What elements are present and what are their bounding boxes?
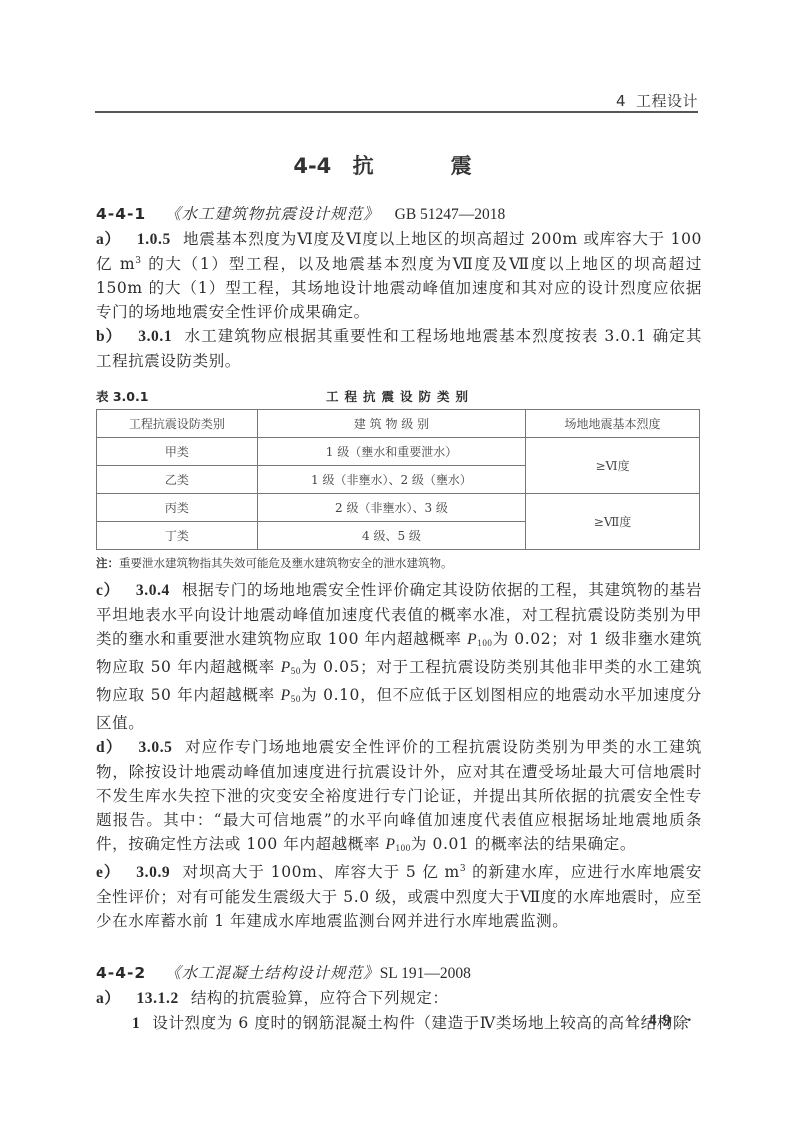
standard-number: GB 51247—2018 (395, 206, 506, 223)
table-caption: 表 3.0.1 工程抗震设防类别 (96, 383, 702, 409)
cell-category: 丁类 (97, 522, 258, 550)
item-text-cont: 的大（1）型工程，以及地震基本烈度为Ⅶ度及Ⅶ度以上地区的坝高超过 150m 的大… (96, 255, 702, 321)
p-symbol: P (281, 659, 291, 676)
header-intensity: 场地地震基本烈度 (526, 410, 700, 438)
body-content: 4-4-1 《水工建筑物抗震设计规范》 GB 51247—2018 a）1.0.… (96, 202, 702, 1036)
p-symbol: P (281, 687, 291, 704)
item-label: a） (96, 990, 120, 1007)
spacer (96, 933, 702, 961)
note-label: 注： (96, 556, 119, 570)
p-subscript: 50 (291, 666, 301, 676)
cell-category: 甲类 (97, 438, 258, 466)
cell-category: 丙类 (97, 494, 258, 522)
item-text: 对坝高大于 100m、库容大于 5 亿 m (182, 863, 460, 881)
running-head: 4工程设计 (616, 90, 698, 111)
item-text: 水工建筑物应根据其重要性和工程场地地震基本烈度按表 3.0.1 确定其工程抗震设… (96, 327, 702, 370)
standard-title: 《水工混凝土结构设计规范》 (165, 964, 380, 982)
cell-grade: 1 级（非壅水）、2 级（壅水） (257, 466, 525, 494)
item-b-3-0-1: b）3.0.1水工建筑物应根据其重要性和工程场地地震基本烈度按表 3.0.1 确… (96, 324, 702, 373)
item-text: 结构的抗震验算，应符合下列规定： (191, 989, 449, 1007)
probability-symbol: P100 (385, 836, 410, 853)
item-label: a） (96, 231, 121, 248)
item-label: e） (96, 864, 120, 881)
table-note: 注：重要泄水建筑物指其失效可能危及壅水建筑物安全的泄水建筑物。 (96, 554, 702, 572)
clause-heading-4-4-2: 4-4-2 《水工混凝土结构设计规范》SL 191—2008 (96, 961, 702, 986)
item-e-3-0-9: e）3.0.9对坝高大于 100m、库容大于 5 亿 m3 的新建水库，应进行水… (96, 860, 702, 933)
p-symbol: P (385, 836, 395, 853)
note-text: 重要泄水建筑物指其失效可能危及壅水建筑物安全的泄水建筑物。 (119, 556, 453, 570)
cell-intensity: ≥Ⅵ度 (526, 438, 700, 494)
header-category: 工程抗震设防类别 (97, 410, 258, 438)
article-number: 13.1.2 (136, 990, 178, 1007)
item-d-3-0-5: d）3.0.5对应作专门场地地震安全性评价的工程抗震设防类别为甲类的水工建筑物，… (96, 735, 702, 860)
article-number: 1.0.5 (137, 231, 171, 248)
article-number: 3.0.9 (136, 864, 170, 881)
table-header-row: 工程抗震设防类别 建 筑 物 级 别 场地地震基本烈度 (97, 410, 700, 438)
item-text: 为 0.01 的概率法的结果确定。 (411, 835, 636, 853)
standard-number: SL 191—2008 (380, 965, 471, 982)
article-number: 3.0.4 (136, 582, 170, 599)
item-a-13-1-2: a）13.1.2结构的抗震验算，应符合下列规定： (96, 986, 702, 1011)
subitem-1: 1设计烈度为 6 度时的钢筋混凝土构件（建造于Ⅳ类场地上较高的高耸结构除 (96, 1011, 702, 1036)
cell-category: 乙类 (97, 466, 258, 494)
seismic-category-table: 工程抗震设防类别 建 筑 物 级 别 场地地震基本烈度 甲类 1 级（壅水和重要… (96, 409, 700, 550)
table-row: 丙类 2 级（非壅水）、3 级 ≥Ⅶ度 (97, 494, 700, 522)
item-label: b） (96, 328, 122, 345)
probability-symbol: P100 (467, 631, 492, 648)
item-c-3-0-4: c）3.0.4根据专门的场地地震安全性评价确定其设防依据的工程，其建筑物的基岩平… (96, 578, 702, 735)
subitem-text: 设计烈度为 6 度时的钢筋混凝土构件（建造于Ⅳ类场地上较高的高耸结构除 (152, 1014, 689, 1032)
p-subscript: 100 (396, 843, 411, 853)
probability-symbol: P50 (281, 659, 301, 676)
p-symbol: P (467, 631, 477, 648)
cell-grade: 1 级（壅水和重要泄水） (257, 438, 525, 466)
table-number: 表 3.0.1 (96, 387, 148, 405)
clause-heading-4-4-1: 4-4-1 《水工建筑物抗震设计规范》 GB 51247—2018 (96, 202, 702, 227)
clause-code: 4-4-2 (96, 964, 146, 982)
header-rule (95, 111, 698, 113)
article-number: 3.0.1 (138, 328, 172, 345)
cell-intensity: ≥Ⅶ度 (526, 494, 700, 550)
probability-symbol: P50 (281, 687, 301, 704)
item-label: d） (96, 739, 123, 756)
cell-grade: 2 级（非壅水）、3 级 (257, 494, 525, 522)
standard-title: 《水工建筑物抗震设计规范》 (165, 205, 380, 223)
article-number: 3.0.5 (139, 739, 173, 756)
table-title: 工程抗震设防类别 (326, 387, 474, 405)
section-title: 4-4 抗 震 (0, 150, 793, 180)
item-label: c） (96, 582, 120, 599)
chapter-title: 工程设计 (636, 92, 698, 110)
cell-grade: 4 级、5 级 (257, 522, 525, 550)
section-number: 4-4 (293, 154, 331, 178)
p-subscript: 100 (477, 638, 492, 648)
clause-code: 4-4-1 (96, 205, 146, 223)
table-row: 甲类 1 级（壅水和重要泄水） ≥Ⅵ度 (97, 438, 700, 466)
p-subscript: 50 (291, 694, 301, 704)
page-number: · 49 · (627, 1012, 698, 1030)
item-a-1-0-5: a）1.0.5地震基本烈度为Ⅵ度及Ⅵ度以上地区的坝高超过 200m 或库容大于 … (96, 227, 702, 324)
header-grade: 建 筑 物 级 别 (257, 410, 525, 438)
subitem-number: 1 (132, 1015, 140, 1032)
chapter-number: 4 (616, 92, 626, 110)
section-heading: 抗 震 (353, 154, 500, 178)
